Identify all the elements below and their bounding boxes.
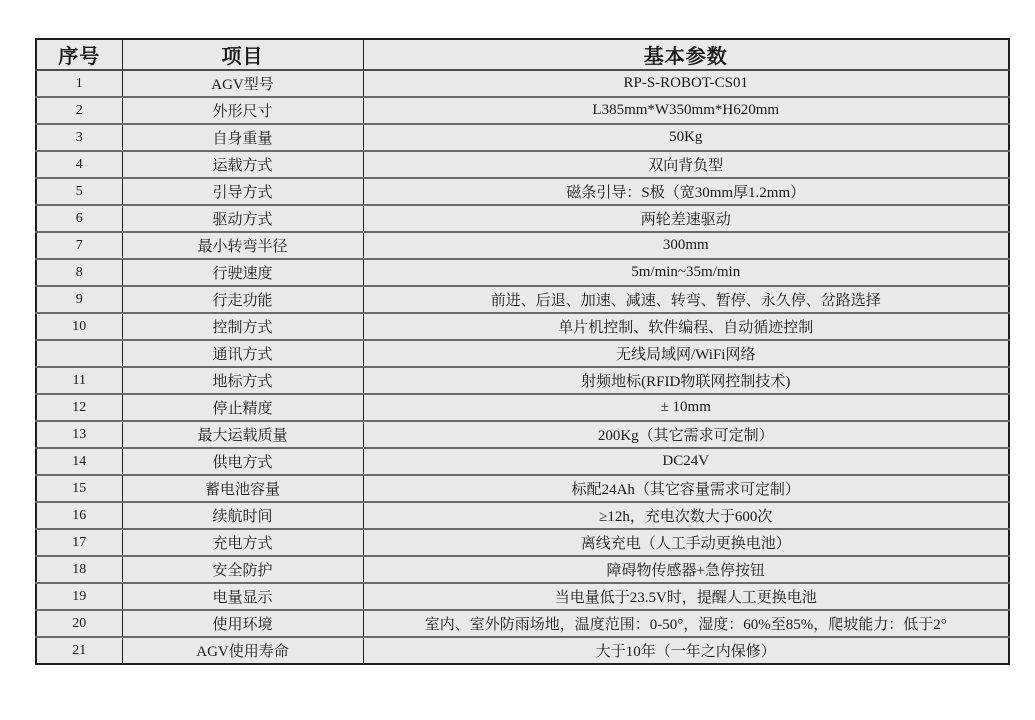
- cell-item: 引导方式: [122, 178, 363, 205]
- cell-value: 磁条引导：S极（宽30mm厚1.2mm）: [363, 178, 1009, 205]
- cell-value: DC24V: [363, 448, 1009, 475]
- table-row: 11地标方式射频地标(RFID物联网控制技术): [36, 367, 1009, 394]
- table-row: 14供电方式DC24V: [36, 448, 1009, 475]
- cell-item: 地标方式: [122, 367, 363, 394]
- cell-item: 控制方式: [122, 313, 363, 340]
- cell-num: 18: [36, 556, 122, 583]
- cell-num: 16: [36, 502, 122, 529]
- cell-item: 续航时间: [122, 502, 363, 529]
- table-row: 6驱动方式两轮差速驱动: [36, 205, 1009, 232]
- cell-item: 通讯方式: [122, 340, 363, 367]
- cell-num: 7: [36, 232, 122, 259]
- cell-num: 19: [36, 583, 122, 610]
- cell-value: 两轮差速驱动: [363, 205, 1009, 232]
- table-row: 8行驶速度5m/min~35m/min: [36, 259, 1009, 286]
- cell-value: 射频地标(RFID物联网控制技术): [363, 367, 1009, 394]
- cell-value: ≥12h，充电次数大于600次: [363, 502, 1009, 529]
- cell-value: 室内、室外防雨场地，温度范围：0-50°，湿度：60%至85%，爬坡能力：低于2…: [363, 610, 1009, 637]
- table-row: 19电量显示当电量低于23.5V时，提醒人工更换电池: [36, 583, 1009, 610]
- cell-item: AGV型号: [122, 70, 363, 97]
- cell-value: 离线充电（人工手动更换电池）: [363, 529, 1009, 556]
- cell-item: 驱动方式: [122, 205, 363, 232]
- table-row: 9行走功能前进、后退、加速、减速、转弯、暂停、永久停、岔路选择: [36, 286, 1009, 313]
- cell-item: 外形尺寸: [122, 97, 363, 124]
- column-header-num: 序号: [36, 39, 122, 70]
- cell-num: 6: [36, 205, 122, 232]
- cell-item: 供电方式: [122, 448, 363, 475]
- cell-num: 21: [36, 637, 122, 664]
- column-header-value: 基本参数: [363, 39, 1009, 70]
- cell-item: 停止精度: [122, 394, 363, 421]
- spec-table-body: 1AGV型号RP-S-ROBOT-CS012外形尺寸L385mm*W350mm*…: [36, 70, 1009, 664]
- cell-item: 电量显示: [122, 583, 363, 610]
- table-row: 5引导方式磁条引导：S极（宽30mm厚1.2mm）: [36, 178, 1009, 205]
- column-header-item: 项目: [122, 39, 363, 70]
- table-row: 20使用环境室内、室外防雨场地，温度范围：0-50°，湿度：60%至85%，爬坡…: [36, 610, 1009, 637]
- cell-value: 5m/min~35m/min: [363, 259, 1009, 286]
- table-row: 2外形尺寸L385mm*W350mm*H620mm: [36, 97, 1009, 124]
- page: 序号 项目 基本参数 1AGV型号RP-S-ROBOT-CS012外形尺寸L38…: [0, 0, 1035, 720]
- table-row: 16续航时间≥12h，充电次数大于600次: [36, 502, 1009, 529]
- cell-num: 14: [36, 448, 122, 475]
- cell-item: 安全防护: [122, 556, 363, 583]
- table-row: 4运载方式双向背负型: [36, 151, 1009, 178]
- table-row: 7最小转弯半径300mm: [36, 232, 1009, 259]
- cell-num: 10: [36, 313, 122, 340]
- cell-value: ± 10mm: [363, 394, 1009, 421]
- table-row: 12停止精度± 10mm: [36, 394, 1009, 421]
- cell-value: 标配24Ah（其它容量需求可定制）: [363, 475, 1009, 502]
- spec-table-header: 序号 项目 基本参数: [36, 39, 1009, 70]
- cell-value: 50Kg: [363, 124, 1009, 151]
- cell-value: 200Kg（其它需求可定制）: [363, 421, 1009, 448]
- cell-value: 无线局域网/WiFi网络: [363, 340, 1009, 367]
- cell-num: 8: [36, 259, 122, 286]
- cell-num: 20: [36, 610, 122, 637]
- cell-item: 最大运载质量: [122, 421, 363, 448]
- cell-value: 大于10年（一年之内保修）: [363, 637, 1009, 664]
- cell-item: AGV使用寿命: [122, 637, 363, 664]
- cell-value: 障碍物传感器+急停按钮: [363, 556, 1009, 583]
- cell-item: 使用环境: [122, 610, 363, 637]
- cell-value: 300mm: [363, 232, 1009, 259]
- cell-item: 行走功能: [122, 286, 363, 313]
- cell-num: 1: [36, 70, 122, 97]
- cell-num: 9: [36, 286, 122, 313]
- cell-value: RP-S-ROBOT-CS01: [363, 70, 1009, 97]
- cell-num: 4: [36, 151, 122, 178]
- cell-item: 充电方式: [122, 529, 363, 556]
- table-row: 10控制方式单片机控制、软件编程、自动循迹控制: [36, 313, 1009, 340]
- cell-item: 自身重量: [122, 124, 363, 151]
- cell-num: 13: [36, 421, 122, 448]
- table-row: 3自身重量50Kg: [36, 124, 1009, 151]
- cell-item: 行驶速度: [122, 259, 363, 286]
- table-row: 13最大运载质量200Kg（其它需求可定制）: [36, 421, 1009, 448]
- cell-value: 单片机控制、软件编程、自动循迹控制: [363, 313, 1009, 340]
- cell-value: L385mm*W350mm*H620mm: [363, 97, 1009, 124]
- table-row: 15蓄电池容量标配24Ah（其它容量需求可定制）: [36, 475, 1009, 502]
- header-row: 序号 项目 基本参数: [36, 39, 1009, 70]
- cell-num: 2: [36, 97, 122, 124]
- table-row: 通讯方式无线局域网/WiFi网络: [36, 340, 1009, 367]
- cell-num: [36, 340, 122, 367]
- table-row: 17充电方式离线充电（人工手动更换电池）: [36, 529, 1009, 556]
- cell-item: 运载方式: [122, 151, 363, 178]
- cell-num: 12: [36, 394, 122, 421]
- cell-value: 前进、后退、加速、减速、转弯、暂停、永久停、岔路选择: [363, 286, 1009, 313]
- table-row: 21AGV使用寿命大于10年（一年之内保修）: [36, 637, 1009, 664]
- table-row: 1AGV型号RP-S-ROBOT-CS01: [36, 70, 1009, 97]
- cell-num: 3: [36, 124, 122, 151]
- cell-value: 当电量低于23.5V时，提醒人工更换电池: [363, 583, 1009, 610]
- cell-num: 5: [36, 178, 122, 205]
- cell-value: 双向背负型: [363, 151, 1009, 178]
- cell-num: 17: [36, 529, 122, 556]
- cell-num: 11: [36, 367, 122, 394]
- spec-table: 序号 项目 基本参数 1AGV型号RP-S-ROBOT-CS012外形尺寸L38…: [35, 38, 1010, 665]
- table-row: 18安全防护障碍物传感器+急停按钮: [36, 556, 1009, 583]
- cell-num: 15: [36, 475, 122, 502]
- cell-item: 蓄电池容量: [122, 475, 363, 502]
- cell-item: 最小转弯半径: [122, 232, 363, 259]
